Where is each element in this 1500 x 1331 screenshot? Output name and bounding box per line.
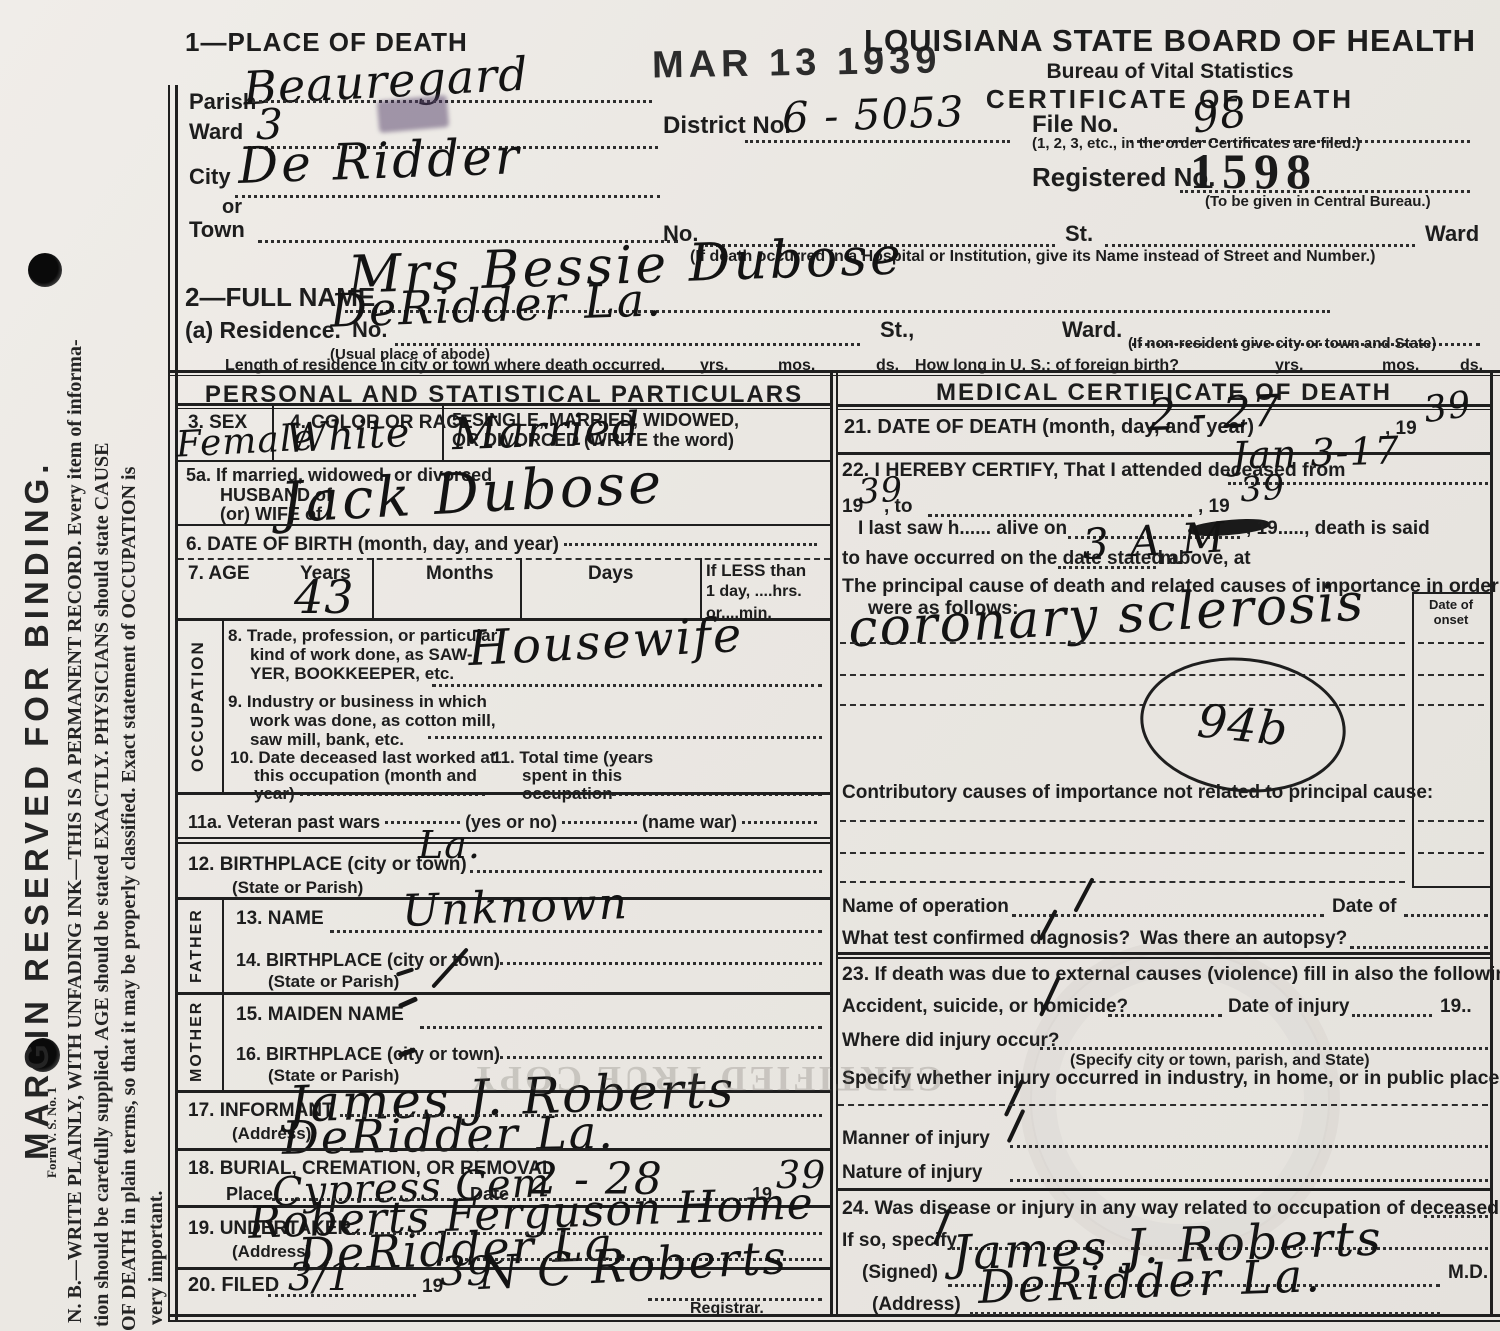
cause-code-circle: 94b <box>1134 648 1353 803</box>
length-mos2: mos. <box>1382 357 1419 375</box>
nature-injury-label: Nature of injury <box>842 1162 982 1183</box>
informant-rule <box>340 1114 822 1117</box>
nonresident-note: (If non-resident give city or town and S… <box>1128 336 1436 353</box>
race-marital-divider <box>442 406 444 460</box>
filed-date-value: 3/1 <box>288 1258 352 1296</box>
lastsaw-label-1: I last saw h...... alive on <box>858 518 1067 539</box>
age-divider-2 <box>520 558 522 618</box>
veteran-row: 11a. Veteran past wars (yes or no) (name… <box>188 812 822 832</box>
mother-maiden-label: 15. MAIDEN NAME <box>236 1004 404 1025</box>
contributory-rule-2 <box>840 852 1405 854</box>
registrar-label: Registrar. <box>690 1300 764 1318</box>
residence-ward-label: Ward. <box>1062 318 1122 343</box>
city-label: City <box>189 165 231 190</box>
personal-header-rule <box>178 403 830 406</box>
cause-code-value: 94b <box>1195 697 1290 752</box>
industry-label-2: work was done, as cotton mill, <box>250 711 496 730</box>
occupation-vertical-label: OCCUPATION <box>188 642 208 772</box>
contributory-rule-1b <box>1418 820 1484 822</box>
occupation-related-rule <box>1424 1215 1488 1218</box>
registered-label: Registered No. <box>1032 163 1216 192</box>
date-of-onset-label: Date of onset <box>1412 598 1490 627</box>
operation-date-rule <box>1404 914 1488 917</box>
certify-year2-value: 39 <box>1239 470 1287 507</box>
bleed-through-text: CERTIFIED TRUE COPY <box>468 1058 943 1100</box>
margin-nb-line3: OF DEATH in plain terms, so that it may … <box>118 96 141 1331</box>
column-divider-thin <box>836 370 838 1317</box>
trade-label-3: YER, BOOKKEEPER, etc. <box>250 664 454 683</box>
cause-rule-3b <box>1418 704 1484 706</box>
age-divider-1 <box>372 558 374 618</box>
lastwork-label-2: this occupation (month and <box>254 766 477 785</box>
margin-nb-line2: tion should be carefully supplied. AGE s… <box>91 92 114 1327</box>
lastsaw-label-2: , 19....., death is said <box>1246 518 1430 539</box>
injury-year-label: 19.. <box>1440 996 1472 1017</box>
father-bottom-rule <box>178 992 830 995</box>
industry-rule <box>428 736 822 739</box>
length-ds2: ds. <box>1460 357 1483 375</box>
filed-label: 20. FILED <box>188 1274 279 1296</box>
age-less-label-2: 1 day, ....hrs. <box>706 583 802 601</box>
occurred-rule <box>1058 566 1156 569</box>
manner-injury-label: Manner of injury <box>842 1128 990 1149</box>
street-ward-label: Ward <box>1425 222 1479 247</box>
filed-rule <box>268 1294 416 1297</box>
dob-bottom-rule <box>178 558 830 560</box>
physician-address-label: (Address) <box>872 1294 961 1315</box>
operation-label: Name of operation <box>842 896 1009 917</box>
embossed-seal <box>1020 940 1340 1260</box>
length-ds1: ds. <box>876 357 899 375</box>
birthplace-value: La. <box>418 826 481 864</box>
informant-bottom-rule <box>178 1148 830 1151</box>
ward-label: Ward <box>189 120 243 145</box>
city-value: De Ridder <box>237 131 522 191</box>
form-left-border-outer <box>168 85 170 1322</box>
operation-date-label: Date of <box>1332 896 1396 917</box>
birthplace-rule <box>470 870 822 873</box>
mother-maiden-rule <box>420 1026 822 1029</box>
father-bp-rule <box>500 962 822 965</box>
or-label: or <box>222 196 242 218</box>
occurred-time-value: 3 A M <box>1081 516 1230 566</box>
mother-bp-label: 16. BIRTHPLACE (city or town) <box>236 1044 500 1064</box>
district-rule <box>745 140 1010 143</box>
age-months-label: Months <box>426 563 494 584</box>
column-divider <box>830 370 833 1317</box>
bureau-subtitle: Bureau of Vital Statistics <box>860 60 1480 84</box>
physician-address-value: DeRidder La. <box>977 1252 1323 1310</box>
certify-to-label: , to <box>884 496 913 517</box>
length-yrs1: yrs. <box>700 357 728 375</box>
father-divider <box>222 897 224 992</box>
father-name-value: Unknown <box>401 882 629 934</box>
father-name-label: 13. NAME <box>236 908 324 929</box>
occupation-divider <box>222 618 224 792</box>
age-value: 43 <box>294 574 355 620</box>
length-yrs2: yrs. <box>1275 357 1303 375</box>
trade-label-2: kind of work done, as SAW- <box>250 645 473 664</box>
father-name-rule <box>330 930 822 933</box>
city-rule <box>235 195 660 198</box>
date-of-death-value: 2 - 27 <box>1147 390 1281 439</box>
spouse-value: Jack Dubose <box>279 456 666 532</box>
industry-label-3: saw mill, bank, etc. <box>250 730 404 749</box>
death-certificate-scan: MARGIN RESERVED FOR BINDING. Form V. S. … <box>0 0 1500 1331</box>
district-value: 6 - 5053 <box>781 91 965 139</box>
length-residence-label: Length of residence in city or town wher… <box>225 357 665 375</box>
race-value: White <box>285 413 411 459</box>
mother-vertical-label: MOTHER <box>188 1002 206 1082</box>
cause-rule-1b <box>1418 642 1484 644</box>
contributory-rule-1 <box>840 820 1405 822</box>
mother-divider <box>222 992 224 1090</box>
registered-note: (To be given in Central Bureau.) <box>1205 194 1431 211</box>
cause-rule-1 <box>840 642 1405 644</box>
contributory-rule-3 <box>840 881 1405 883</box>
lastwork-label-1: 10. Date deceased last worked at <box>230 748 496 767</box>
operation-rule <box>1012 914 1324 917</box>
occupation-bottom-rule <box>178 792 830 795</box>
street-st-label: St. <box>1065 222 1093 247</box>
ink-smudge-stamp <box>377 95 450 133</box>
registrar-signature: N C Roberts <box>477 1234 789 1296</box>
howlong-label: How long in U. S.; of foreign birth? <box>915 357 1179 375</box>
org-title: LOUISIANA STATE BOARD OF HEALTH <box>860 24 1480 59</box>
trade-rule <box>432 684 822 687</box>
industry-label-1: 9. Industry or business in which <box>228 692 487 711</box>
cause-rule-2b <box>1418 674 1484 676</box>
age-less-label-1: If LESS than <box>706 561 806 580</box>
where-injury-label: Where did injury occur? <box>842 1030 1059 1051</box>
age-label: 7. AGE <box>188 563 250 584</box>
age-days-label: Days <box>588 563 633 584</box>
dob-rule <box>564 543 817 546</box>
physician-address-rule <box>970 1312 1440 1315</box>
injury-date-rule <box>1352 1014 1432 1017</box>
length-mos1: mos. <box>778 357 815 375</box>
test-label: What test confirmed diagnosis? <box>842 928 1130 949</box>
form-left-border-inner <box>175 85 178 1322</box>
residence-st-label: St., <box>880 318 914 343</box>
contributory-rule-2b <box>1418 852 1484 854</box>
residence-label: (a) Residence. <box>185 318 341 344</box>
veteran-rule-3 <box>742 821 817 824</box>
occurred-m-label: m. <box>1160 548 1182 569</box>
form-bottom-border-thin <box>168 1320 1500 1322</box>
file-no-value: 98 <box>1189 90 1250 139</box>
residence-value: DeRidder La. <box>329 276 663 334</box>
cause-rule-2 <box>840 674 1405 676</box>
signed-label: (Signed) <box>862 1262 938 1283</box>
veteran-label: 11a. Veteran past wars <box>188 812 380 832</box>
veteran-bottom-rule2 <box>178 842 830 844</box>
contributory-label: Contributory causes of importance not re… <box>842 782 1433 803</box>
trade-label-1: 8. Trade, profession, or particular <box>228 626 497 645</box>
form-mid-divider-thin <box>168 375 1500 376</box>
md-label: M.D. <box>1448 1262 1488 1283</box>
birthplace-sub-label: (State or Parish) <box>232 878 363 897</box>
veteran-namewar-label: (name war) <box>642 812 737 832</box>
dob-row: 6. DATE OF BIRTH (month, day, and year) <box>186 534 822 555</box>
parish-rule <box>252 100 652 103</box>
autopsy-rule <box>1350 946 1488 949</box>
street-st-rule <box>1105 244 1415 247</box>
father-vertical-label: FATHER <box>188 908 206 984</box>
date-of-death-year-value: 39 <box>1422 387 1474 429</box>
district-label: District No. <box>663 113 791 140</box>
margin-nb-line4: very important. <box>145 1140 168 1325</box>
father-bp-sub-label: (State or Parish) <box>268 972 399 991</box>
date-of-onset-box <box>1412 592 1492 888</box>
mother-maiden-dash-mark <box>398 996 418 1009</box>
totaltime-label-1: 11. Total time (years <box>492 748 653 767</box>
margin-nb-line1: N. B.—WRITE PLAINLY, WITH UNFADING INK—T… <box>64 88 87 1323</box>
spouse-row-rule <box>178 524 830 526</box>
trade-value: Housewife <box>467 611 744 673</box>
margin-form-number: Form V. S. No. 1 <box>44 1028 60 1178</box>
totaltime-label-2: spent in this <box>522 766 622 785</box>
dob-label: 6. DATE OF BIRTH (month, day, and year) <box>186 534 559 555</box>
marital-value: Married <box>451 407 641 458</box>
town-label: Town <box>189 218 245 243</box>
veteran-rule-2 <box>562 821 637 824</box>
veteran-bottom-rule <box>178 837 830 839</box>
